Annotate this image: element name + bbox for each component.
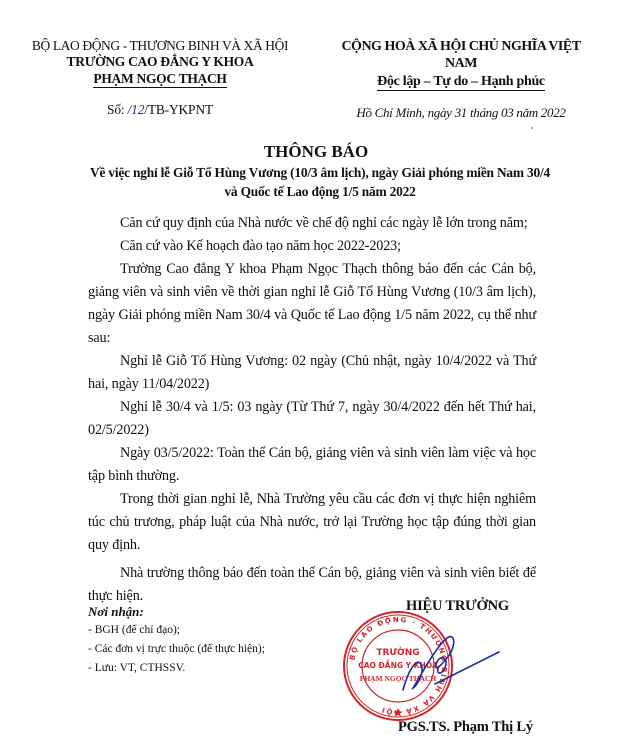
subtitle-line2: và Quốc tế Lao động 1/5 năm 2022 [40, 182, 600, 201]
handwritten-signature-icon [395, 628, 505, 708]
body-paragraph: Căn cứ quy định của Nhà nước về chế độ n… [88, 212, 536, 235]
school-name-line1: TRƯỜNG CAO ĐẲNG Y KHOA [20, 54, 300, 70]
ministry-name: BỘ LAO ĐỘNG - THƯƠNG BINH VÀ XÃ HỘI [20, 38, 300, 54]
body-paragraph: Nghỉ lễ Giỗ Tổ Hùng Vương: 02 ngày (Chủ … [88, 350, 536, 396]
country-name: CỘNG HOÀ XÃ HỘI CHỦ NGHĨA VIỆT NAM [326, 38, 596, 72]
recipient-item: - Các đơn vị trực thuộc (để thực hiện); [88, 640, 338, 659]
document-body: Căn cứ quy định của Nhà nước về chế độ n… [88, 212, 536, 608]
place-and-date: Hồ Chí Minh, ngày 31 tháng 03 năm 2022 [326, 105, 596, 121]
school-name-line2: PHẠM NGỌC THẠCH [93, 71, 226, 88]
body-paragraph: Ngày 03/5/2022: Toàn thể Cán bộ, giảng v… [88, 442, 536, 488]
document-title: THÔNG BÁO [0, 142, 632, 162]
subtitle-line1: Về việc nghỉ lễ Giỗ Tổ Hùng Vương (10/3 … [40, 163, 600, 182]
scan-speck [531, 127, 533, 129]
document-subtitle: Về việc nghỉ lễ Giỗ Tổ Hùng Vương (10/3 … [40, 163, 600, 201]
recipients-block: Nơi nhận: - BGH (để chỉ đạo); - Các đơn … [88, 602, 338, 678]
signatory-name: PGS.TS. Phạm Thị Lý [398, 719, 533, 736]
recipient-item: - Lưu: VT, CTHSSV. [88, 659, 338, 678]
national-header-block: CỘNG HOÀ XÃ HỘI CHỦ NGHĨA VIỆT NAM Độc l… [326, 38, 596, 121]
body-paragraph: Trường Cao đẳng Y khoa Phạm Ngọc Thạch t… [88, 258, 536, 350]
document-number-suffix: /TB-YKPNT [144, 102, 213, 117]
body-paragraph: Căn cứ vào Kế hoạch đào tạo năm học 2022… [88, 235, 536, 258]
body-paragraph: Trong thời gian nghỉ lễ, Nhà Trường yêu … [88, 488, 536, 557]
national-motto: Độc lập – Tự do – Hạnh phúc [377, 74, 545, 91]
issuing-authority-block: BỘ LAO ĐỘNG - THƯƠNG BINH VÀ XÃ HỘI TRƯỜ… [20, 38, 300, 118]
document-number-prefix: Số: [107, 102, 128, 117]
recipient-item: - BGH (để chỉ đạo); [88, 621, 338, 640]
document-number: Số: /12/TB-YKPNT [20, 102, 300, 118]
document-number-handwritten: /12 [128, 102, 145, 117]
recipients-heading: Nơi nhận: [88, 602, 338, 621]
signatory-title: HIỆU TRƯỞNG [406, 598, 509, 615]
body-paragraph: Nghỉ lễ 30/4 và 1/5: 03 ngày (Từ Thứ 7, … [88, 396, 536, 442]
